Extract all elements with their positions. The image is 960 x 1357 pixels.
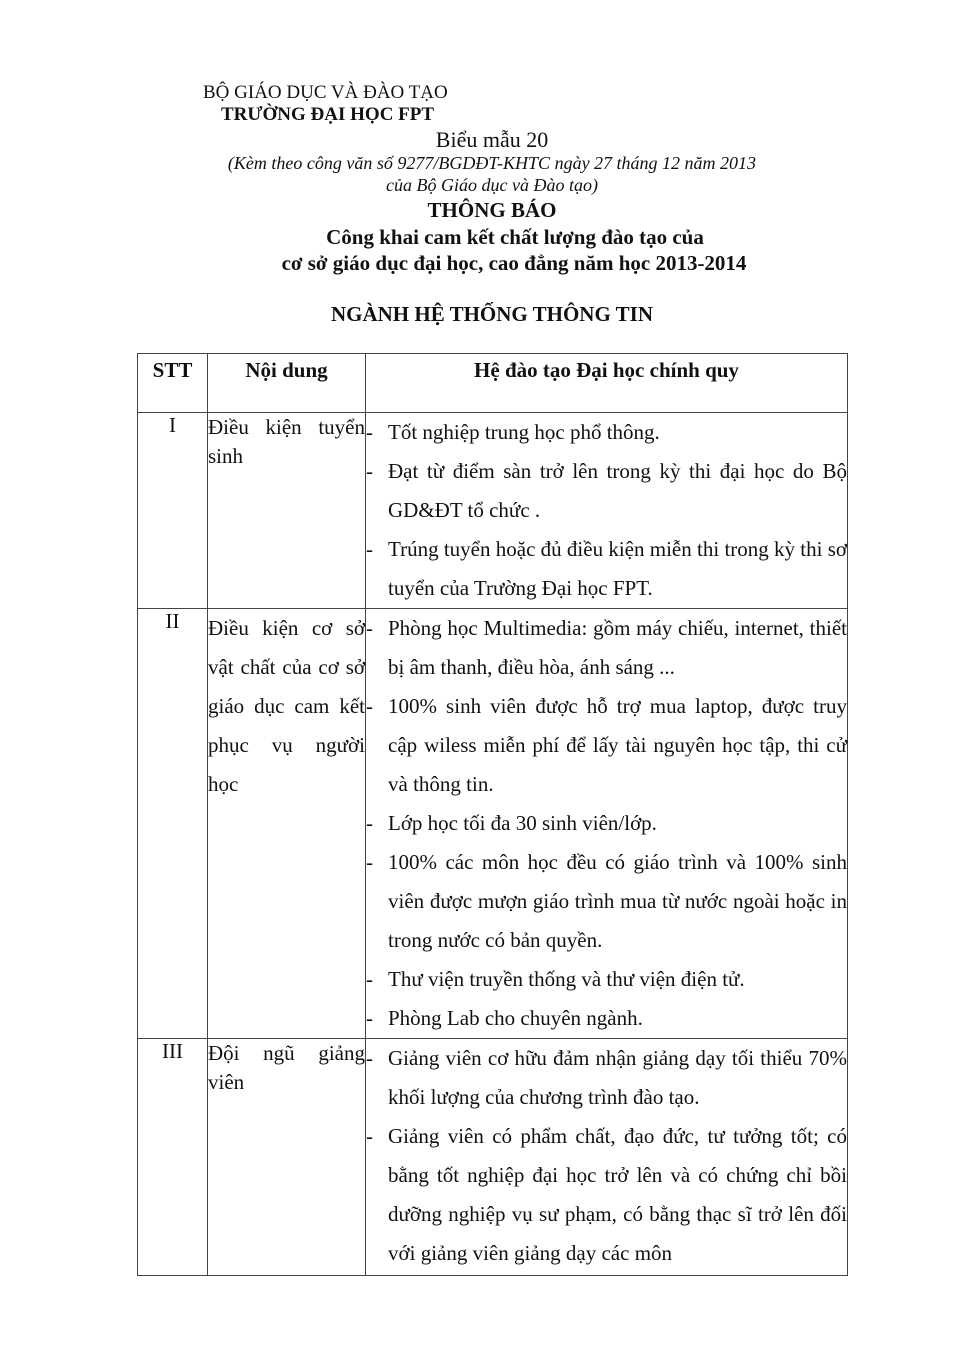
row-label: Điều kiện tuyển sinh (208, 413, 366, 609)
list-item: -100% các môn học đều có giáo trình và 1… (366, 843, 847, 960)
bullet-dash: - (366, 999, 373, 1038)
row-number: I (138, 413, 208, 609)
table-row: I Điều kiện tuyển sinh -Tốt nghiệp trung… (138, 413, 848, 609)
row-number: III (138, 1039, 208, 1276)
bullet-list: -Giảng viên cơ hữu đảm nhận giảng dạy tố… (366, 1039, 847, 1273)
list-item: -Lớp học tối đa 30 sinh viên/lớp. (366, 804, 847, 843)
reference-line-2: của Bộ Giáo dục và Đào tạo) (0, 175, 960, 196)
bullet-dash: - (366, 1117, 373, 1156)
document-title: THÔNG BÁO (0, 198, 960, 223)
school-name: TRƯỜNG ĐẠI HỌC FPT (221, 104, 434, 126)
commitment-table: STT Nội dung Hệ đào tạo Đại học chính qu… (137, 353, 848, 1276)
row-content: -Phòng học Multimedia: gồm máy chiếu, in… (366, 609, 848, 1039)
bullet-dash: - (366, 1039, 373, 1078)
bullet-dash: - (366, 609, 373, 648)
list-item: -100% sinh viên được hỗ trợ mua laptop, … (366, 687, 847, 804)
table-row: II Điều kiện cơ sở vật chất của cơ sở gi… (138, 609, 848, 1039)
bullet-dash: - (366, 452, 373, 491)
list-item: -Phòng Lab cho chuyên ngành. (366, 999, 847, 1038)
bullet-list: -Tốt nghiệp trung học phổ thông. -Đạt từ… (366, 413, 847, 608)
bullet-dash: - (366, 530, 373, 569)
row-label: Đội ngũ giảng viên (208, 1039, 366, 1276)
table-row: III Đội ngũ giảng viên -Giảng viên cơ hữ… (138, 1039, 848, 1276)
column-header-stt: STT (138, 354, 208, 413)
row-content: -Giảng viên cơ hữu đảm nhận giảng dạy tố… (366, 1039, 848, 1276)
subtitle-line-2: cơ sở giáo dục đại học, cao đẳng năm học… (0, 251, 960, 276)
bullet-dash: - (366, 843, 373, 882)
list-item: -Trúng tuyển hoặc đủ điều kiện miễn thi … (366, 530, 847, 608)
column-header-program: Hệ đào tạo Đại học chính quy (366, 354, 848, 413)
row-content: -Tốt nghiệp trung học phổ thông. -Đạt từ… (366, 413, 848, 609)
form-number: Biểu mẫu 20 (0, 127, 960, 153)
bullet-dash: - (366, 687, 373, 726)
reference-line-1: (Kèm theo công văn số 9277/BGDĐT-KHTC ng… (0, 153, 960, 174)
bullet-list: -Phòng học Multimedia: gồm máy chiếu, in… (366, 609, 847, 1038)
bullet-dash: - (366, 413, 373, 452)
subtitle-line-1: Công khai cam kết chất lượng đào tạo của (0, 225, 960, 250)
list-item: -Phòng học Multimedia: gồm máy chiếu, in… (366, 609, 847, 687)
bullet-dash: - (366, 804, 373, 843)
list-item: -Thư viện truyền thống và thư viện điện … (366, 960, 847, 999)
list-item: -Giảng viên cơ hữu đảm nhận giảng dạy tố… (366, 1039, 847, 1117)
column-header-content: Nội dung (208, 354, 366, 413)
list-item: -Đạt từ điểm sàn trở lên trong kỳ thi đạ… (366, 452, 847, 530)
bullet-dash: - (366, 960, 373, 999)
ministry-name: BỘ GIÁO DỤC VÀ ĐÀO TẠO (203, 82, 448, 104)
list-item: -Tốt nghiệp trung học phổ thông. (366, 413, 847, 452)
row-number: II (138, 609, 208, 1039)
row-label: Điều kiện cơ sở vật chất của cơ sở giáo … (208, 609, 366, 1039)
major-heading: NGÀNH HỆ THỐNG THÔNG TIN (0, 302, 960, 327)
list-item: -Giảng viên có phẩm chất, đạo đức, tư tư… (366, 1117, 847, 1273)
table-header-row: STT Nội dung Hệ đào tạo Đại học chính qu… (138, 354, 848, 413)
